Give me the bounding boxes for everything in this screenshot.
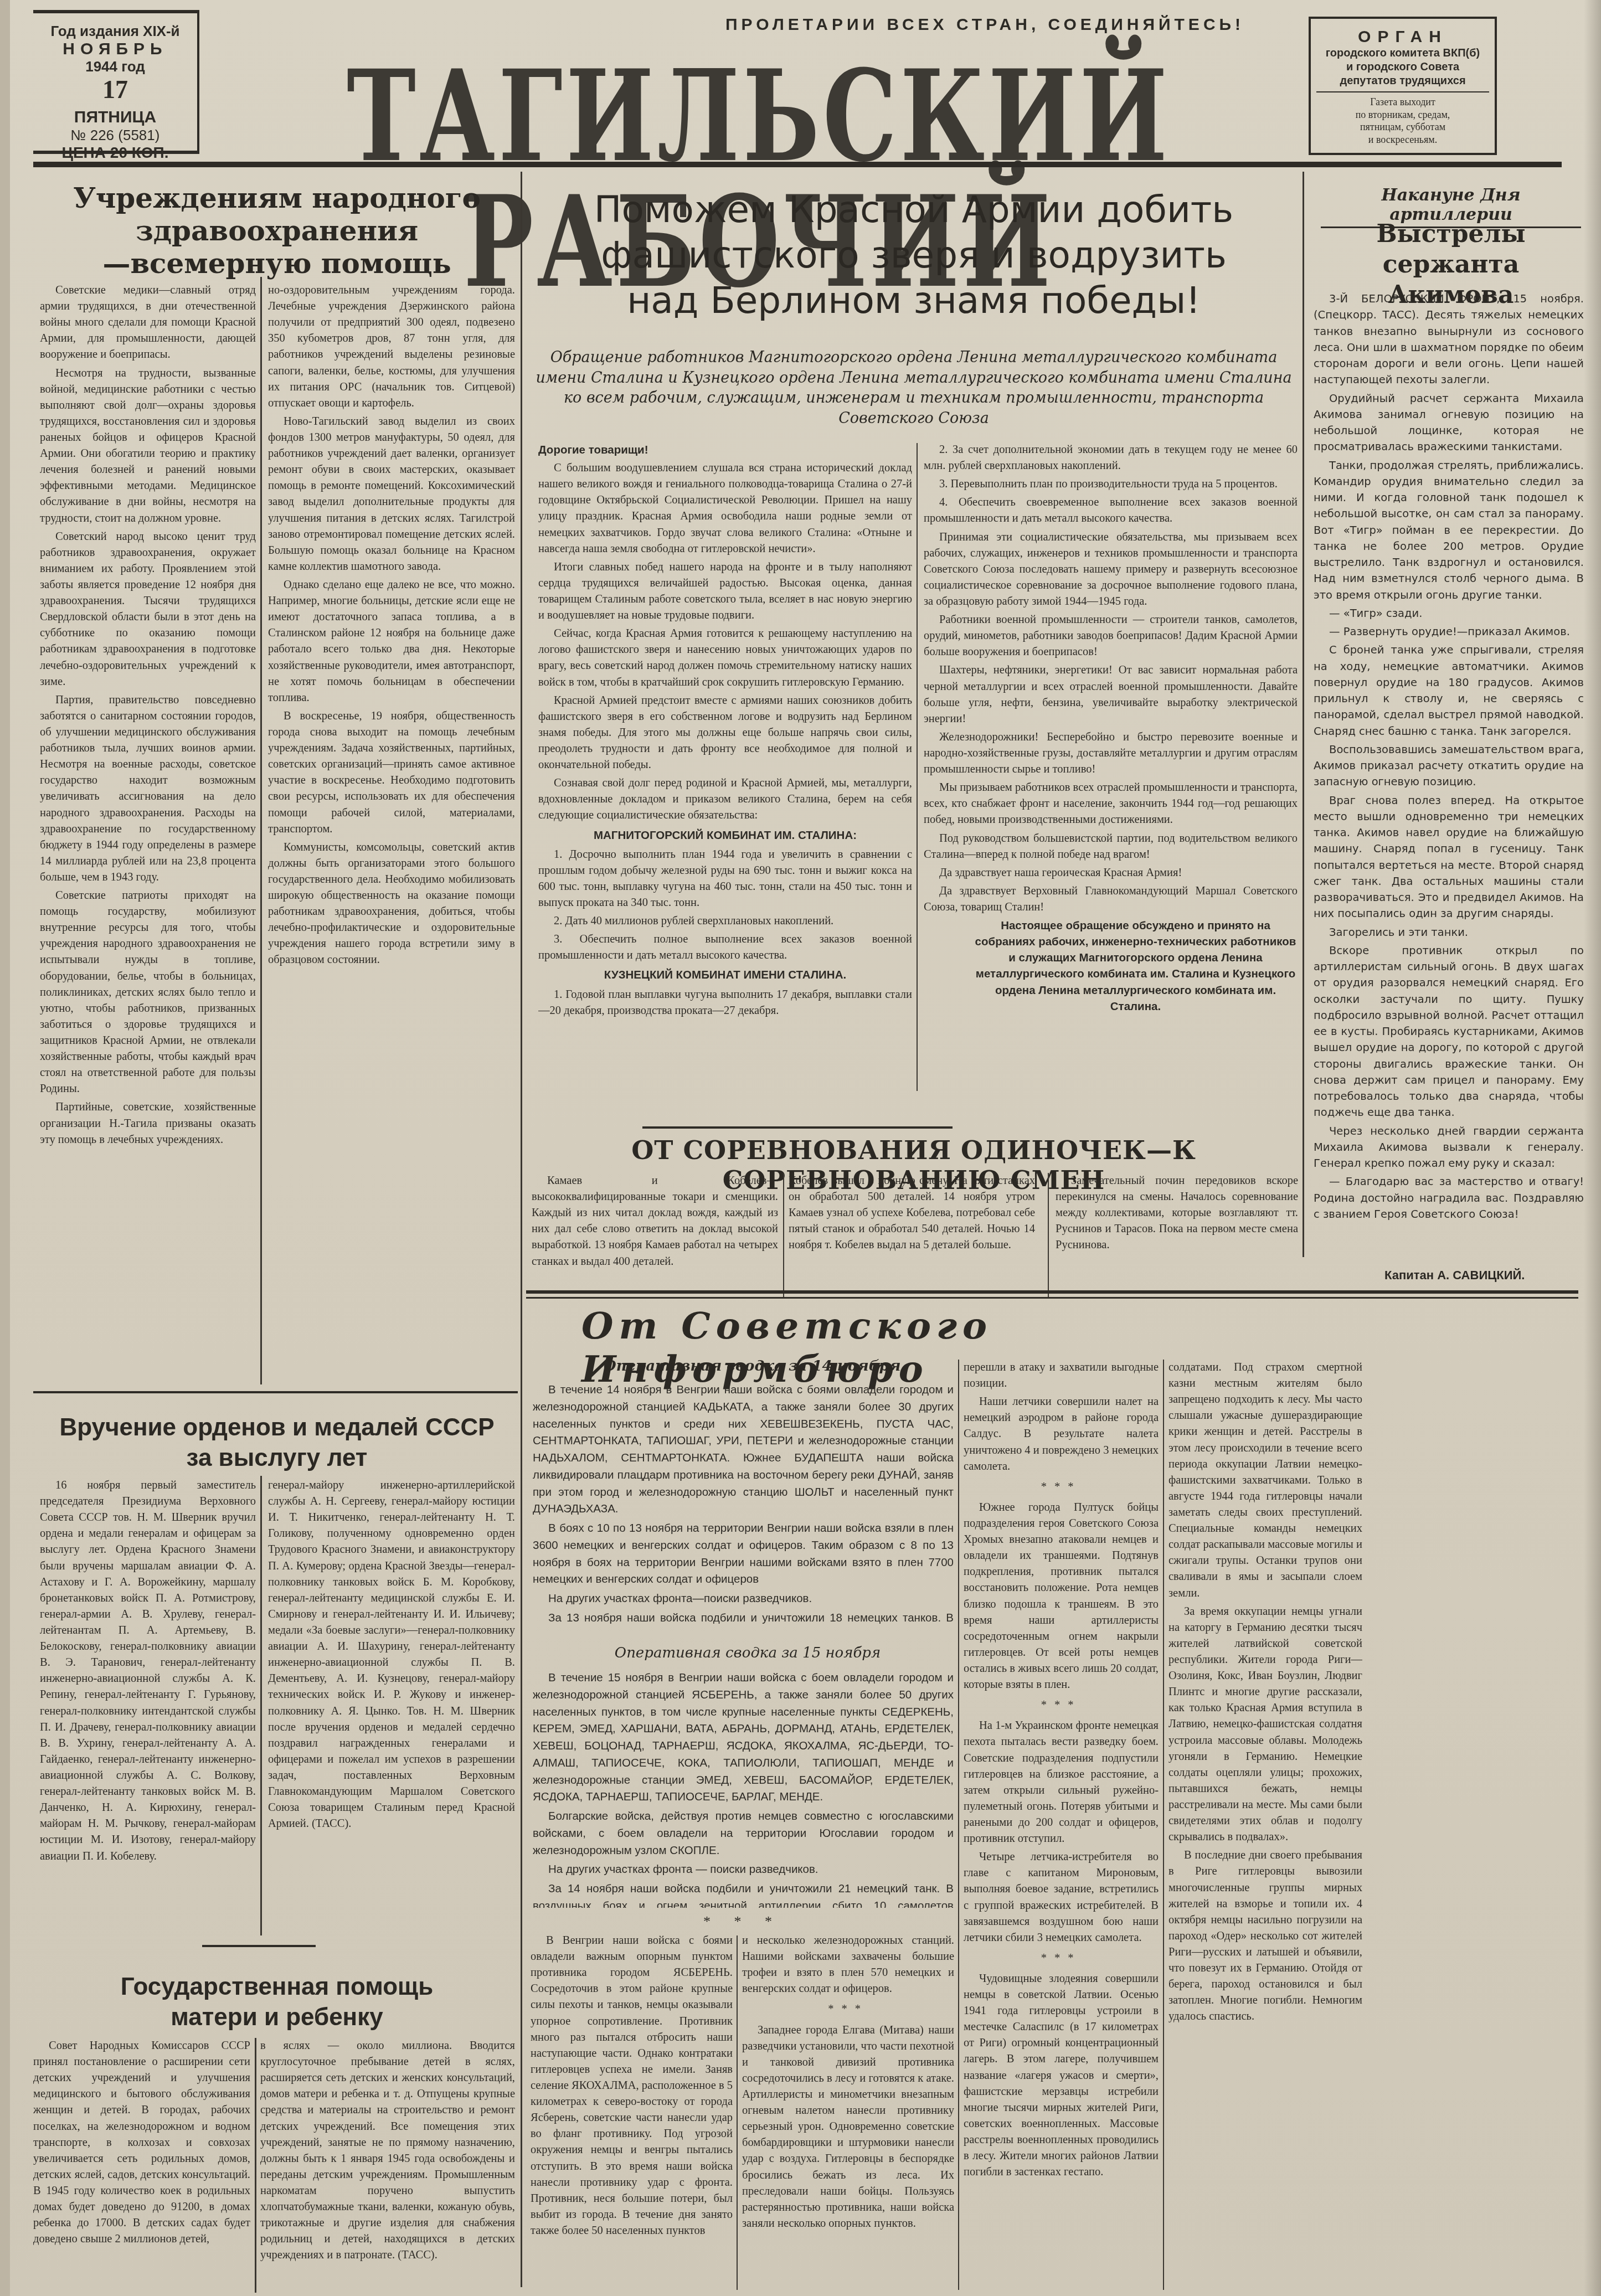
schedule-line: пятницам, субботам	[1311, 121, 1495, 133]
paragraph: Болгарские войска, действуя против немце…	[533, 1808, 954, 1859]
paragraph: Партия, правительство повседневно заботя…	[40, 692, 256, 886]
paragraph: Принимая эти социалистические обязательс…	[924, 529, 1298, 610]
list-item: 3. Перевыполнить план по производительно…	[924, 476, 1298, 492]
list-item: 1. Досрочно выполнить план 1944 года и у…	[538, 847, 912, 911]
paragraph: и несколько железнодорожных станций. Наш…	[742, 1933, 954, 1997]
organ-box: ОРГАН городского комитета ВКП(б) и город…	[1309, 17, 1497, 155]
report14-body: В течение 14 ноября в Венгрии наши войск…	[533, 1382, 954, 1625]
paragraph: в яслях — около миллиона. Вводится кругл…	[260, 2038, 515, 2264]
report15-title: Оперативная сводка за 15 ноября	[570, 1645, 925, 1661]
paragraph: Итоги славных побед нашего народа на фро…	[538, 559, 912, 624]
paragraph: С броней танка уже спрыгивали, стреляя н…	[1314, 642, 1584, 739]
newspaper-page: Год издания XIX-й НОЯБРЬ 1944 год 17 ПЯТ…	[0, 0, 1601, 2296]
stars-divider: ***	[964, 1697, 1159, 1713]
year-of-issue: Год издания XIX-й	[33, 23, 197, 40]
paragraph: Советские медики—славный отряд армии тру…	[40, 282, 256, 363]
paragraph: Загорелись и эти танки.	[1314, 924, 1584, 940]
schedule-line: Газета выходит	[1311, 96, 1495, 109]
paragraph: В воскресенье, 19 ноября, общественность…	[268, 708, 515, 837]
paragraph: Вскоре противник открыл по артиллеристам…	[1314, 943, 1584, 1121]
list-item: 2. Дать 40 миллионов рублей сверхплановы…	[538, 913, 912, 929]
paragraph: Наши летчики совершили налет на немецкий…	[964, 1394, 1159, 1475]
issue-date-box: Год издания XIX-й НОЯБРЬ 1944 год 17 ПЯТ…	[33, 10, 199, 154]
paragraph: В течение 15 ноября в Венгрии наши войск…	[533, 1670, 954, 1806]
column-rule	[737, 1935, 738, 2290]
column-rule	[783, 1173, 784, 1298]
masthead-slogan: ПРОЛЕТАРИИ ВСЕХ СТРАН, СОЕДИНЯЙТЕСЬ!	[725, 16, 1244, 34]
subheading: КУЗНЕЦКИЙ КОМБИНАТ ИМЕНИ СТАЛИНА.	[538, 967, 912, 983]
page-edge-shadow	[1584, 0, 1601, 2296]
headline-line: Выстрелы сержанта	[1312, 219, 1589, 280]
sovinform-bottom-column-1: В Венгрии наши войска с боями овладели в…	[531, 1933, 733, 2293]
schedule-line: и воскресеньям.	[1311, 133, 1495, 146]
section-rule	[33, 1391, 518, 1393]
headline-line: матери и ребенку	[39, 2002, 515, 2032]
paragraph: За 14 ноября наши войска подбили и уничт…	[533, 1881, 954, 1908]
paragraph: 3-Й БЕЛОРУССКИЙ ФРОНТ, 15 ноября. (Спецк…	[1314, 291, 1584, 388]
ornament-divider	[202, 1945, 316, 1947]
paragraph: генерал-майору инженерно-артиллерийской …	[268, 1478, 515, 1832]
sovinform-bottom-column-2: и несколько железнодорожных станций. Наш…	[742, 1933, 954, 2293]
paragraph: перешли в атаку и захватили выгодные поз…	[964, 1360, 1159, 1392]
headline-line: здравоохранения	[39, 214, 515, 247]
issue-day: 17	[33, 75, 197, 105]
mother-column-2: в яслях — около миллиона. Вводится кругл…	[260, 2038, 515, 2293]
paragraph: солдатами. Под страхом смертной казни ме…	[1168, 1360, 1362, 1602]
subheading: МАГНИТОГОРСКИЙ КОМБИНАТ ИМ. СТАЛИНА:	[538, 827, 912, 843]
competition-column-3: Замечательный почин передовиков вскоре п…	[1056, 1173, 1298, 1300]
paragraph: За время оккупации немцы угнали на катор…	[1168, 1604, 1362, 1846]
paragraph: Через несколько дней гвардии сержанта Ми…	[1314, 1123, 1584, 1172]
orders-column-1: 16 ноября первый заместитель председател…	[40, 1478, 256, 1937]
schedule-line: по вторникам, средам,	[1311, 109, 1495, 121]
stars-divider: * * *	[703, 1913, 782, 1930]
appeal-subtitle: Обращение работников Магнитогорского орд…	[532, 348, 1296, 429]
paragraph: Чудовищные злодеяния совершили немцы в с…	[964, 1971, 1159, 2180]
headline-line: фашистского зверя и водрузить	[532, 233, 1296, 278]
mother-headline: Государственная помощь матери и ребенку	[39, 1971, 515, 2032]
issue-month: НОЯБРЬ	[33, 40, 197, 59]
column-rule	[255, 2038, 256, 2293]
issue-price: ЦЕНА 20 КОП.	[33, 144, 197, 162]
paragraph: На других участках фронта — поиски разве…	[533, 1861, 954, 1878]
column-rule	[1048, 1173, 1049, 1298]
headline-line: —всемерную помощь	[39, 247, 515, 280]
headline-line: Вручение орденов и медалей СССР	[39, 1412, 515, 1443]
health-column-2: но-оздоровительным учреждениям города. Л…	[268, 282, 515, 1384]
paragraph: В последние дни своего пребывания в Риге…	[1168, 1847, 1362, 2025]
headline-line: Поможем Красной Армии добить	[532, 187, 1296, 233]
list-item: 1. Годовой план выплавки чугуна выполнит…	[538, 987, 912, 1019]
paragraph: Несмотря на трудности, вызванные войной,…	[40, 365, 256, 527]
paragraph: Совет Народных Комиссаров СССР принял по…	[33, 2038, 250, 2247]
paragraph: В Венгрии наши войска с боями овладели в…	[531, 1933, 733, 2239]
paragraph: Западнее города Елгава (Митава) наши раз…	[742, 2022, 954, 2232]
paragraph: Сейчас, когда Красная Армия готовится к …	[538, 626, 912, 690]
organ-line: и городского Совета	[1311, 60, 1495, 74]
paragraph: Да здравствует наша героическая Красная …	[924, 865, 1298, 881]
paragraph: Да здравствует Верховный Главнокомандующ…	[924, 883, 1298, 915]
appeal-column-1: Дорогие товарищи! С большим воодушевлени…	[538, 442, 912, 1090]
issue-year: 1944 год	[33, 59, 197, 75]
paragraph: Однако сделано еще далеко не все, что мо…	[268, 577, 515, 706]
section-rule	[526, 1297, 1578, 1299]
paragraph: Четыре летчика-истребителя во главе с ка…	[964, 1849, 1159, 1946]
paragraph: Советский народ высоко ценит труд работн…	[40, 529, 256, 690]
akimov-body: 3-Й БЕЛОРУССКИЙ ФРОНТ, 15 ноября. (Спецк…	[1314, 291, 1584, 1260]
stars-divider: ***	[964, 1479, 1159, 1495]
akimov-signature: Капитан А. САВИЦКИЙ.	[1384, 1268, 1525, 1283]
competition-column-1: Камаев и Кобелев—высококвалифицированные…	[532, 1173, 778, 1300]
paragraph: Южнее города Пултуск бойцы подразделения…	[964, 1500, 1159, 1693]
paragraph: — Развернуть орудие!—приказал Акимов.	[1314, 624, 1584, 640]
sovinform-middle-column: перешли в атаку и захватили выгодные поз…	[964, 1360, 1159, 2293]
paragraph: С большим воодушевлением слушала вся стр…	[538, 460, 912, 557]
paragraph: Воспользовавшись замешательством врага, …	[1314, 742, 1584, 790]
page-binding-edge	[0, 0, 10, 2296]
paragraph: — «Тигр» сзади.	[1314, 605, 1584, 621]
organ-line: городского комитета ВКП(б)	[1311, 47, 1495, 60]
section-rule	[526, 1290, 1578, 1294]
paragraph: Замечательный почин передовиков вскоре п…	[1056, 1173, 1298, 1254]
report15-body: В течение 15 ноября в Венгрии наши войск…	[533, 1670, 954, 1908]
headline-line: Учреждениям народного	[39, 182, 515, 214]
paragraph: За 13 ноября наши войска подбили и уничт…	[533, 1610, 954, 1625]
paragraph: Красной Армией предстоит вместе с армиям…	[538, 693, 912, 774]
health-headline: Учреждениям народного здравоохранения —в…	[39, 182, 515, 280]
paragraph: Ново-Тагильский завод выделил из своих ф…	[268, 414, 515, 575]
paragraph: Коммунисты, комсомольцы, советский актив…	[268, 840, 515, 969]
column-rule	[521, 172, 522, 2287]
headline-line: над Берлином знамя победы!	[532, 278, 1296, 323]
orders-column-2: генерал-майору инженерно-артиллерийской …	[268, 1478, 515, 1937]
issue-number: № 226 (5581)	[33, 127, 197, 144]
headline-line: за выслугу лет	[39, 1443, 515, 1473]
paragraph: Советские патриоты приходят на помощь го…	[40, 888, 256, 1097]
paragraph: Мы призываем работников всех отраслей пр…	[924, 780, 1298, 828]
orders-headline: Вручение орденов и медалей СССР за выслу…	[39, 1412, 515, 1473]
section-rule	[642, 1126, 953, 1129]
paragraph: Под руководством большевистской партии, …	[924, 831, 1298, 863]
paragraph: 16 ноября первый заместитель председател…	[40, 1478, 256, 1865]
list-item: 4. Обеспечить своевременное выполнение в…	[924, 495, 1298, 527]
list-item: 3. Обеспечить полное выполнение всех зак…	[538, 931, 912, 964]
mother-column-1: Совет Народных Комиссаров СССР принял по…	[33, 2038, 250, 2293]
paragraph: Работники военной промышленности — строи…	[924, 612, 1298, 660]
paragraph: В боях с 10 по 13 ноября на территории В…	[533, 1520, 954, 1588]
paragraph: Кобелев вышел в ночную смену. На пяти ст…	[789, 1173, 1035, 1254]
organ-line: депутатов трудящихся	[1311, 74, 1495, 88]
divider	[1316, 91, 1489, 92]
paragraph: Орудийный расчет сержанта Михаила Акимов…	[1314, 390, 1584, 455]
appeal-headline: Поможем Красной Армии добить фашистского…	[532, 187, 1296, 323]
paragraph: На 1-м Украинском фронте немецкая пехота…	[964, 1718, 1159, 1847]
column-rule	[917, 443, 918, 1091]
stars-divider: ***	[964, 1950, 1159, 1966]
appeal-column-2: 2. За счет дополнительной экономии дать …	[924, 442, 1298, 1093]
column-rule	[1303, 172, 1304, 1257]
masthead-rule	[33, 162, 1562, 167]
stars-divider: ***	[742, 2001, 954, 2017]
sovinform-right-column: солдатами. Под страхом смертной казни ме…	[1168, 1360, 1362, 2293]
paragraph: Шахтеры, нефтяники, энергетики! От вас з…	[924, 662, 1298, 727]
appeal-footnote: Настоящее обращение обсуждено и принято …	[974, 918, 1298, 1015]
paragraph: Партийные, советские, хозяйственные орга…	[40, 1099, 256, 1147]
paragraph: Сознавая свой долг перед родиной и Красн…	[538, 775, 912, 823]
paragraph: Железнодорожники! Бесперебойно и быстро …	[924, 729, 1298, 778]
paragraph: На других участках фронта—поиски разведч…	[533, 1590, 954, 1608]
column-rule	[958, 1360, 959, 2290]
paragraph: В течение 14 ноября в Венгрии наши войск…	[533, 1382, 954, 1518]
paragraph: Камаев и Кобелев—высококвалифицированные…	[532, 1173, 778, 1270]
paragraph: Враг снова полез вперед. На открытое мес…	[1314, 792, 1584, 922]
list-item: 2. За счет дополнительной экономии дать …	[924, 442, 1298, 474]
competition-column-2: Кобелев вышел в ночную смену. На пяти ст…	[789, 1173, 1035, 1300]
issue-weekday: ПЯТНИЦА	[33, 108, 197, 127]
organ-heading: ОРГАН	[1311, 28, 1495, 47]
headline-line: Государственная помощь	[39, 1971, 515, 2002]
paragraph: — Благодарю вас за мастерство и отвагу! …	[1314, 1173, 1584, 1222]
column-rule	[1163, 1360, 1164, 2290]
paragraph: Танки, продолжая стрелять, приближались.…	[1314, 457, 1584, 603]
report14-title: Оперативная сводка за 14 ноября	[604, 1358, 900, 1374]
paragraph: но-оздоровительным учреждениям города. Л…	[268, 282, 515, 411]
salutation: Дорогие товарищи!	[538, 442, 912, 458]
column-rule	[260, 277, 262, 1384]
health-column-1: Советские медики—славный отряд армии тру…	[40, 282, 256, 1384]
column-rule	[260, 1476, 262, 1935]
